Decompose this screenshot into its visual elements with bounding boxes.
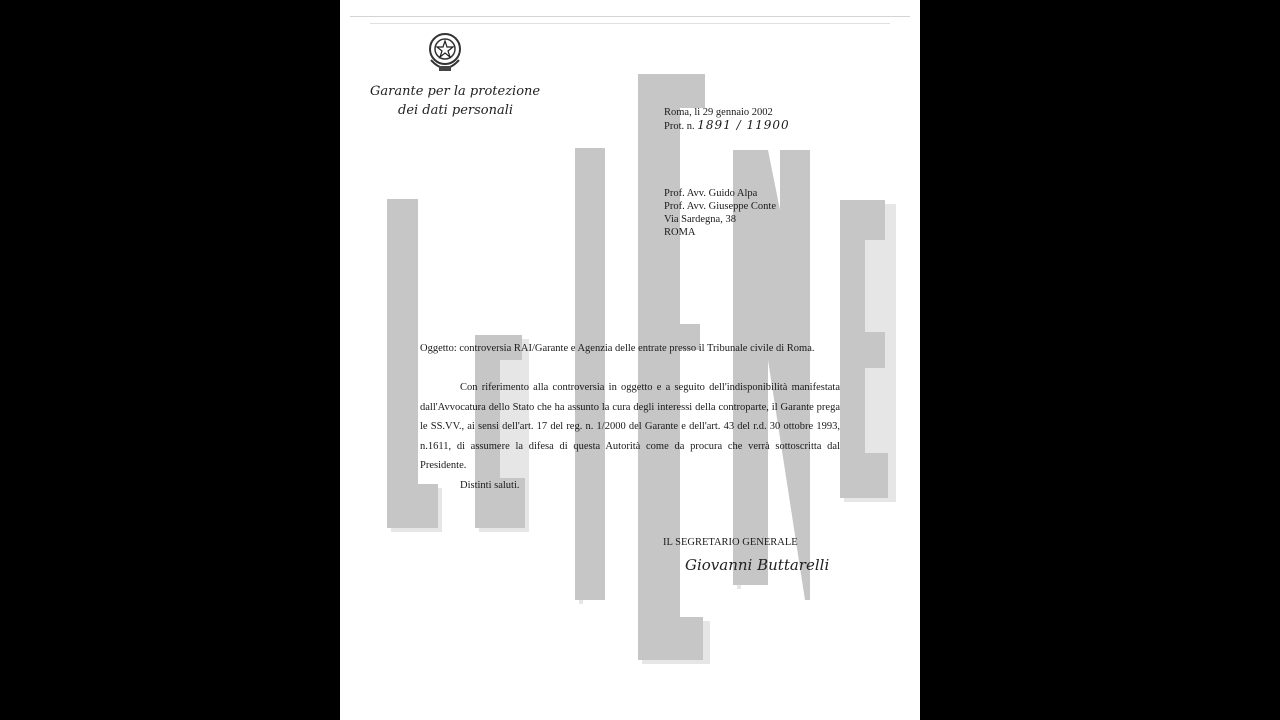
signatory-title: IL SEGRETARIO GENERALE xyxy=(663,536,798,549)
closing-line: Distinti saluti. xyxy=(460,479,520,492)
recipient-line: Prof. Avv. Guido Alpa xyxy=(664,187,757,200)
video-frame: Garante per la protezione dei dati perso… xyxy=(0,0,1280,720)
body-text: Con riferimento alla controversia in ogg… xyxy=(420,382,840,471)
handwritten-signature: Giovanni Buttarelli xyxy=(685,556,829,574)
authority-name-line2: dei dati personali xyxy=(398,103,513,118)
watermark-letter-l xyxy=(387,199,438,528)
watermark-letter-i xyxy=(575,148,605,600)
body-paragraph: Con riferimento alla controversia in ogg… xyxy=(420,378,840,476)
watermark-letter-n xyxy=(733,150,810,600)
protocol-line: Prot. n. 1891 / 11900 xyxy=(664,119,790,133)
recipient-line: Prof. Avv. Giuseppe Conte xyxy=(664,200,776,213)
protocol-label: Prot. n. xyxy=(664,121,695,132)
recipient-line: ROMA xyxy=(664,226,696,239)
recipient-line: Via Sardegna, 38 xyxy=(664,213,736,226)
scanned-letter-page: Garante per la protezione dei dati perso… xyxy=(340,0,920,720)
authority-name-line1: Garante per la protezione xyxy=(370,84,540,99)
subject-line: Oggetto: controversia RAI/Garante e Agen… xyxy=(420,342,815,355)
protocol-number: 1891 / 11900 xyxy=(697,118,789,132)
italian-republic-emblem-icon xyxy=(426,30,464,76)
